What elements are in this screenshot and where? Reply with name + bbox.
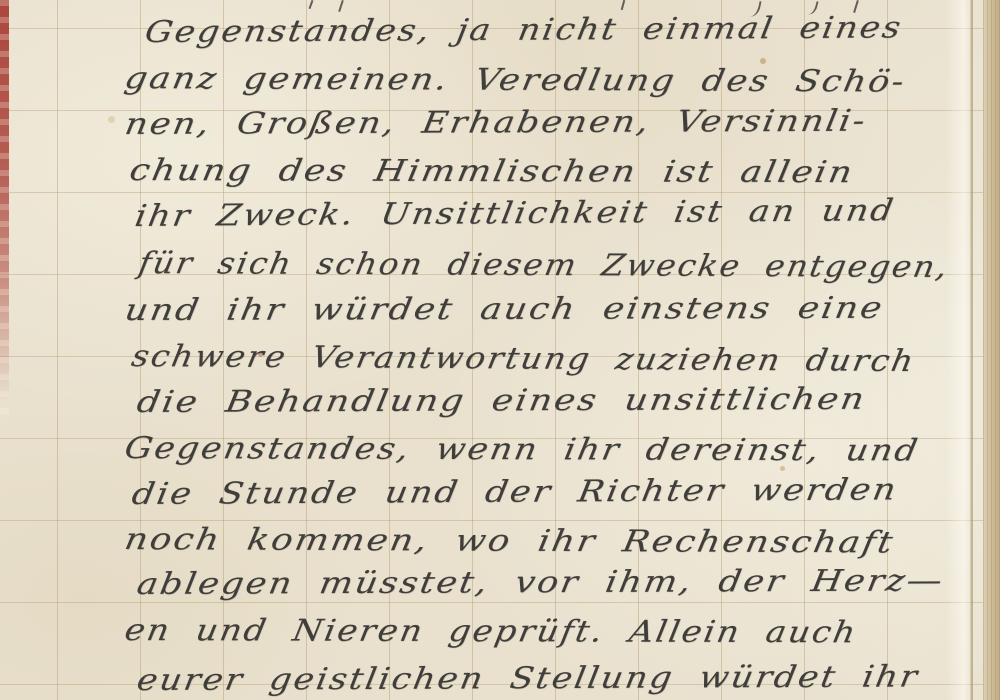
page-fold-line xyxy=(971,0,973,700)
handwriting-line: für sich schon diesem Zwecke entgegen, xyxy=(136,247,952,285)
manuscript-photo: Gegenstandes, ja nicht einmal eines ganz… xyxy=(0,0,1000,700)
handwriting-line: nen, Großen, Erhabenen, Versinnli- xyxy=(122,105,869,142)
handwriting-line: noch kommen, wo ihr Rechenschaft xyxy=(122,523,898,560)
handwriting-line: Gegenstandes, wenn ihr dereinst, und xyxy=(122,432,922,468)
handwriting-line: en und Nieren geprüft. Allein auch xyxy=(122,614,860,650)
handwriting-line: ihr Zweck. Unsittlichkeit ist an und xyxy=(132,194,897,234)
handwriting-line: eurer geistlichen Stellung würdet ihr xyxy=(134,660,921,698)
handwriting-line: die Behandlung eines unsittlichen xyxy=(134,383,869,420)
book-fore-edge xyxy=(983,0,1000,700)
handwriting-line: chung des Himmlischen ist allein xyxy=(127,154,857,190)
handwriting-line: die Stunde und der Richter werden xyxy=(129,473,900,512)
red-binding-edge xyxy=(0,0,9,420)
handwriting-line: ganz gemeinen. Veredlung des Schö- xyxy=(122,62,909,100)
page-fold-highlight xyxy=(946,0,972,700)
handwriting-line: ablegen müsstet, vor ihm, der Herz— xyxy=(134,564,947,602)
handwriting-line: und ihr würdet auch einstens eine xyxy=(122,292,886,328)
age-spot xyxy=(108,116,115,123)
handwriting-line: Gegenstandes, ja nicht einmal eines xyxy=(142,11,905,50)
handwriting-line: schwere Verantwortung zuziehen durch xyxy=(129,340,918,379)
